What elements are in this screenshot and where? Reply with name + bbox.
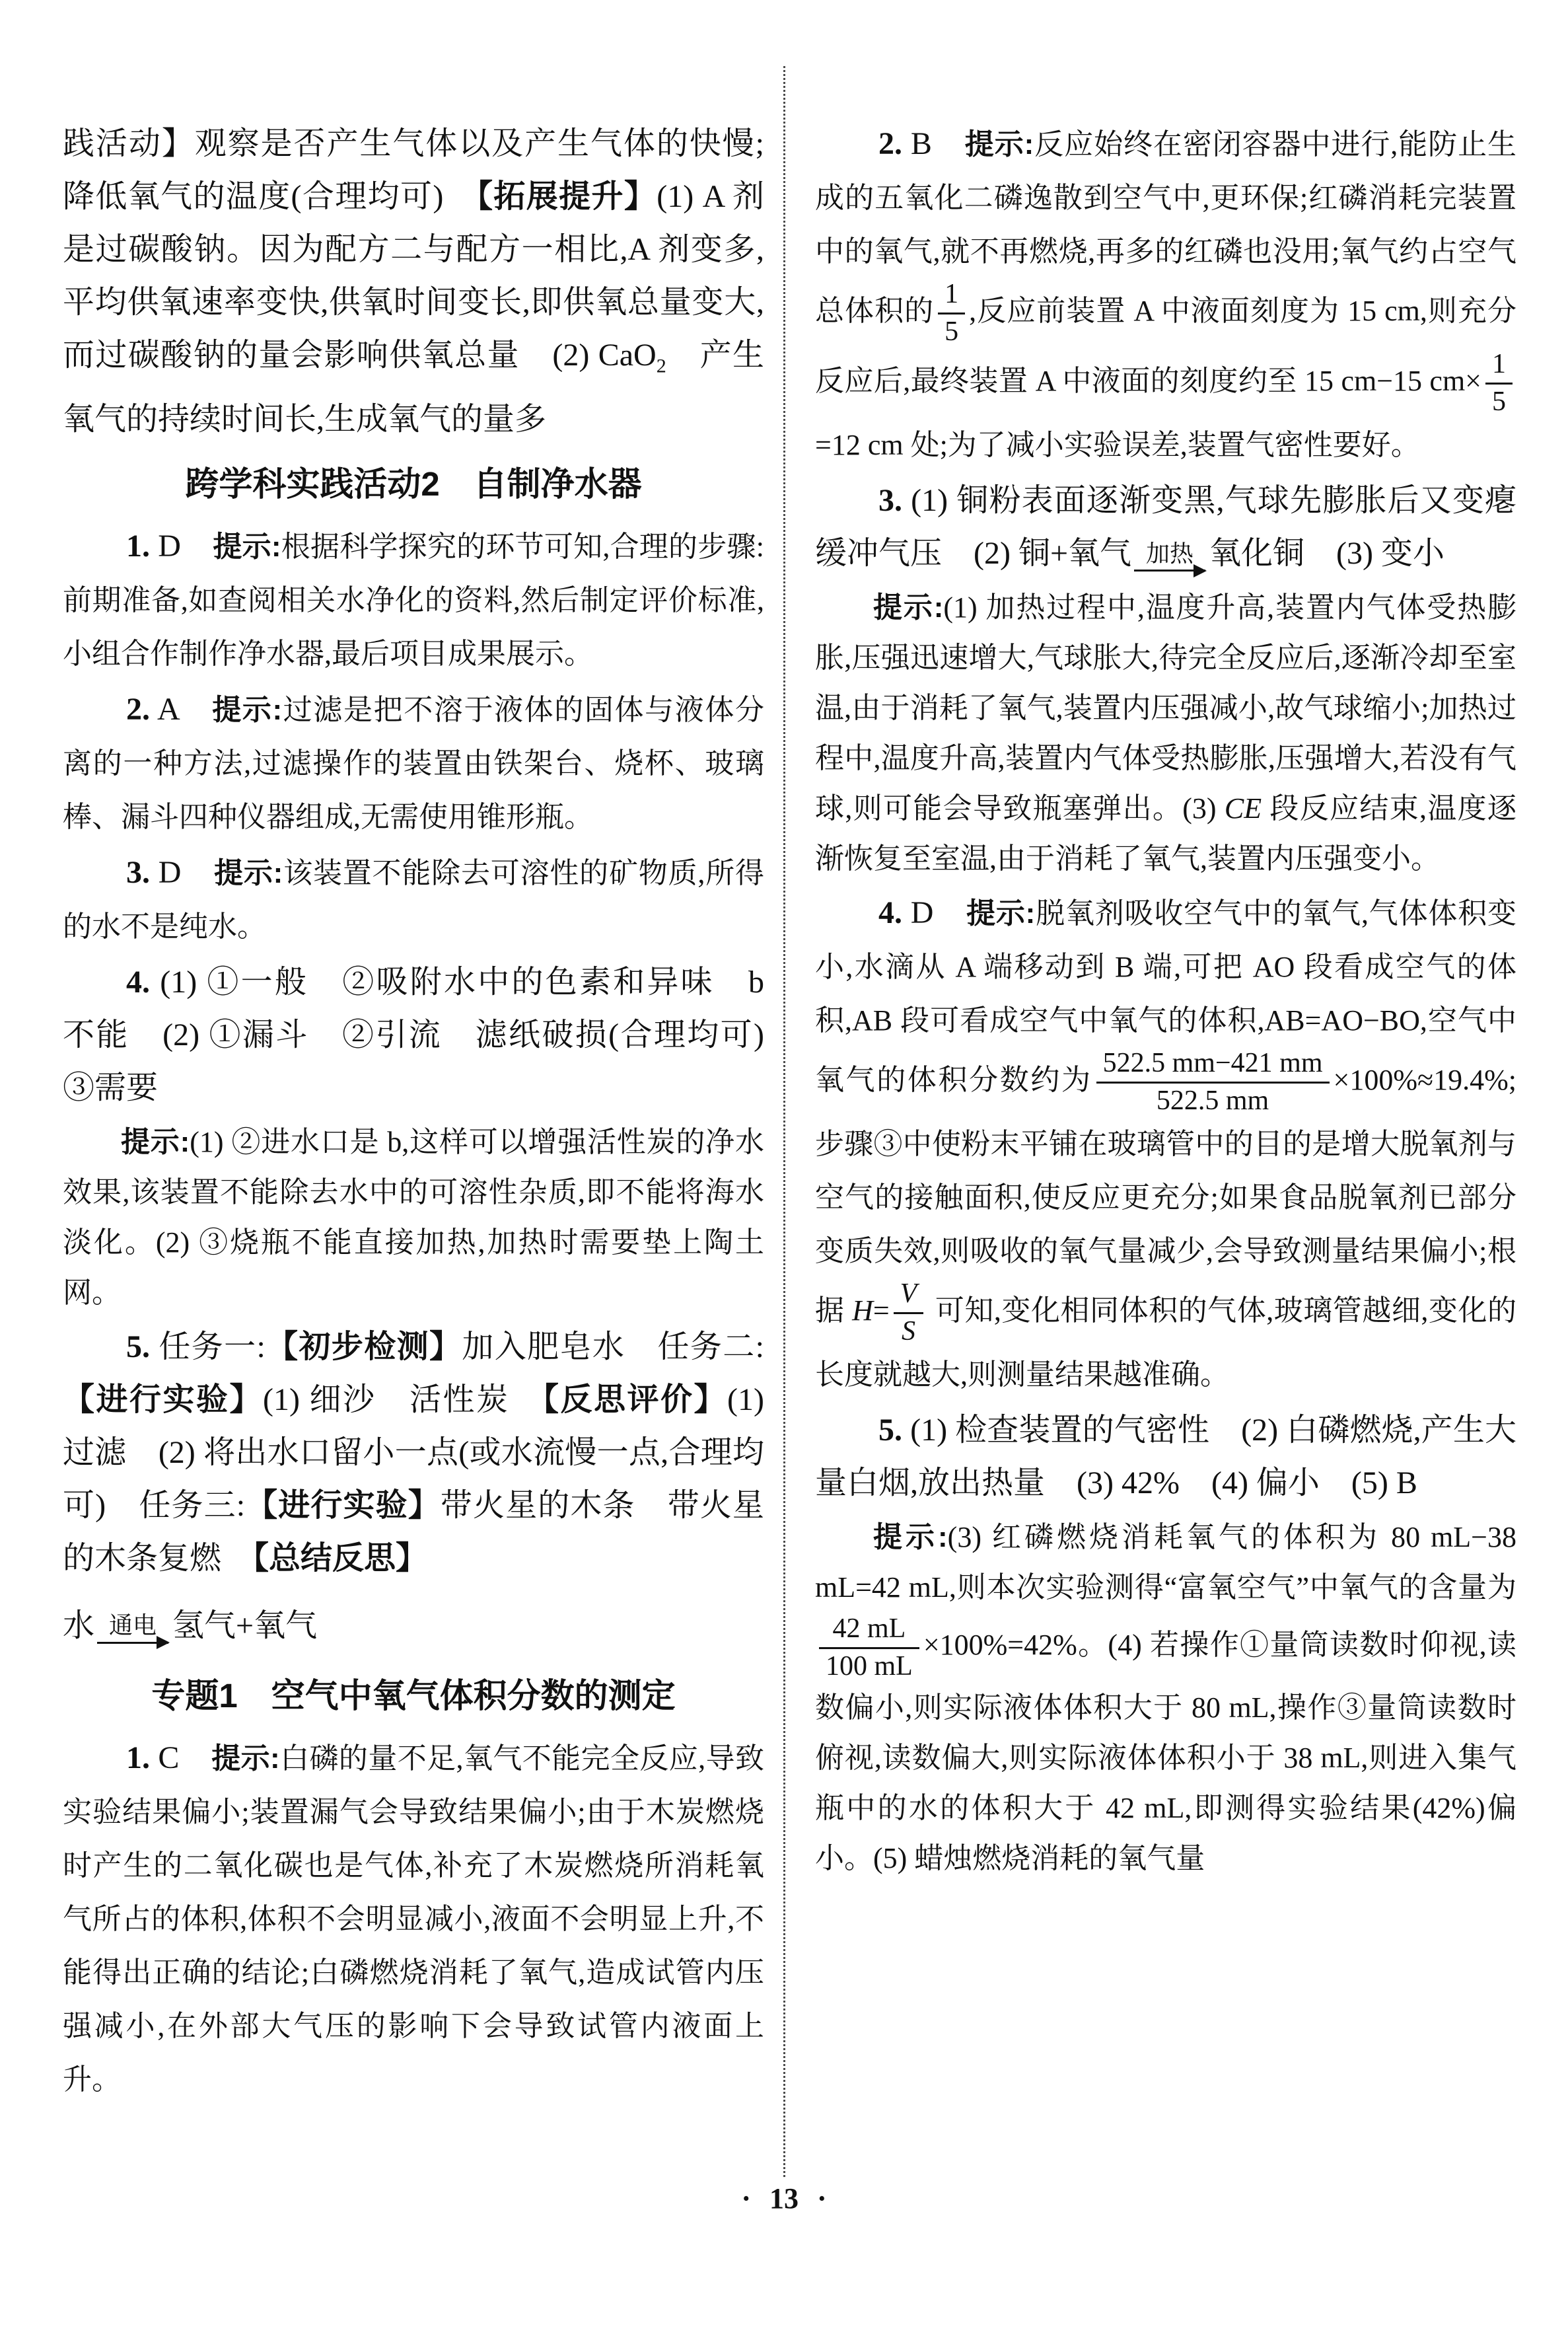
topic1-item-5-hint: 提示:(3) 红磷燃烧消耗氧气的体积为 80 mL−38 mL=42 mL,则本… (815, 1512, 1516, 1884)
fraction-denominator: 5 (1485, 383, 1513, 419)
fraction-numerator: V (894, 1278, 924, 1312)
item-3-answer: 3. D 提示:该装置不能除去可溶性的矿物质,所得的水不是纯水。 (63, 846, 764, 953)
answer-bold: 【反思评价】 (543, 1382, 727, 1417)
right-column: 2. B 提示:反应始终在密闭容器中进行,能防止生成的五氧化二磷逸散到空气中,更… (815, 118, 1516, 2186)
answer-bold: 4. (126, 965, 150, 1000)
reaction-arrow: 通电 (97, 1613, 168, 1644)
hint-label: 提示: (873, 591, 943, 624)
arrow-shaft (97, 1642, 168, 1644)
item-5-answer: 5. 任务一:【初步检测】加入肥皂水 任务二:【进行实验】(1) 细沙 活性炭 … (63, 1321, 764, 1585)
water-electrolysis-equation: 水通电氢气+氧气 (63, 1594, 764, 1658)
fraction-denominator: 100 mL (819, 1647, 919, 1683)
hint-label: 提示: (214, 857, 283, 889)
answer-bold: 1. (126, 1740, 150, 1775)
answer-text: (1) ①一般 ②吸附水中的色素和异味 b 不能 (2) ①漏斗 ②引流 滤纸破… (63, 965, 764, 1105)
hint-italic: CE (1225, 792, 1262, 825)
answer-bold: 2. (126, 692, 150, 727)
hint-text: = (873, 1294, 890, 1327)
fraction-numerator: 522.5 mm−421 mm (1096, 1047, 1330, 1082)
answer-bold: 跨学科实践活动2 自制净水器 (185, 465, 641, 503)
hint-label: 提示: (212, 694, 282, 726)
heading-topic-1-oxygen-volume-fraction: 专题1 空气中氧气体积分数的测定 (63, 1675, 764, 1717)
hint-text: (1) 加热过程中,温度升高,装置内气体受热膨胀,压强迅速增大,气球胀大,待完全… (815, 591, 1516, 825)
answer-text: D (150, 529, 213, 564)
fraction: 522.5 mm−421 mm522.5 mm (1096, 1047, 1330, 1117)
answer-text: (1) 检查装置的气密性 (2) 白磷燃烧,产生大量白烟,放出热量 (3) 42… (815, 1413, 1516, 1500)
answer-text: D (150, 855, 214, 890)
item-2-answer: 2. A 提示:过滤是把不溶于液体的固体与液体分离的一种方法,过滤操作的装置由铁… (63, 683, 764, 844)
fraction-denominator: S (894, 1312, 924, 1348)
page-footer: ·13· (0, 2182, 1568, 2215)
heading-cross-discipline-activity-2: 跨学科实践活动2 自制净水器 (63, 463, 764, 505)
answer-text: D (902, 895, 966, 930)
item-1-answer: 1. D 提示:根据科学探究的环节可知,合理的步骤:前期准备,如查阅相关水净化的… (63, 520, 764, 681)
footer-dot-left: · (741, 2182, 751, 2215)
answer-bold: 3. (878, 483, 902, 518)
answer-text: 氧化铜 (3) 变小 (1209, 536, 1444, 571)
answer-bold: 【初步检测】 (266, 1329, 462, 1364)
arrow-shaft (1134, 570, 1205, 572)
hint-label: 提示: (211, 1742, 279, 1775)
topic1-item-4-answer: 4. D 提示:脱氧剂吸收空气中的氧气,气体体积变小,水滴从 A 端移动到 B … (815, 887, 1516, 1401)
subscript: 2 (657, 355, 666, 377)
hint-label: 提示: (873, 1521, 948, 1553)
reaction-condition-label: 加热 (1134, 541, 1205, 568)
fraction-numerator: 1 (1485, 348, 1513, 383)
hint-label: 提示: (213, 531, 281, 563)
topic1-item-1-answer: 1. C 提示:白磷的量不足,氧气不能完全反应,导致实验结果偏小;装置漏气会导致… (63, 1732, 764, 2106)
topic1-item-2-answer: 2. B 提示:反应始终在密闭容器中进行,能防止生成的五氧化二磷逸散到空气中,更… (815, 118, 1516, 472)
answer-text: A (150, 692, 212, 727)
topic1-item-5-answer: 5. (1) 检查装置的气密性 (2) 白磷燃烧,产生大量白烟,放出热量 (3)… (815, 1404, 1516, 1510)
reaction-arrow: 加热 (1134, 541, 1205, 572)
hint-text: =12 cm 处;为了减小实验误差,装置气密性要好。 (815, 429, 1420, 461)
left-column: 践活动】观察是否产生气体以及产生气体的快慢;降低氧气的温度(合理均可) 【拓展提… (63, 118, 764, 2186)
answer-bold: 3. (126, 855, 150, 890)
answer-text: C (150, 1740, 211, 1775)
column-divider (783, 66, 785, 2177)
fraction: VS (894, 1278, 924, 1348)
answer-text: 任务一: (150, 1329, 266, 1364)
answer-bold: 【进行实验】 (245, 1488, 441, 1523)
item-4-answer: 4. (1) ①一般 ②吸附水中的色素和异味 b 不能 (2) ①漏斗 ②引流 … (63, 956, 764, 1115)
topic1-item-3-answer: 3. (1) 铜粉表面逐渐变黑,气球先膨胀后又变瘪 缓冲气压 (2) 铜+氧气加… (815, 474, 1516, 580)
answer-bold: 4. (878, 895, 902, 930)
answer-text: B (902, 126, 965, 161)
fraction-denominator: 522.5 mm (1096, 1082, 1330, 1118)
hint-italic: H (852, 1294, 873, 1327)
fraction: 42 mL100 mL (819, 1613, 919, 1683)
answer-text: (1) 细沙 活性炭 (263, 1382, 543, 1417)
answer-bold: 5. (878, 1413, 902, 1448)
reaction-condition-label: 通电 (97, 1613, 168, 1639)
topic1-item-3-hint: 提示:(1) 加热过程中,温度升高,装置内气体受热膨胀,压强迅速增大,气球胀大,… (815, 583, 1516, 884)
answer-text: 氢气+氧气 (172, 1608, 317, 1643)
answer-text: 加入肥皂水 任务二: (462, 1329, 764, 1364)
answer-bold: 5. (126, 1329, 150, 1364)
workbook-answer-page: 践活动】观察是否产生气体以及产生气体的快慢;降低氧气的温度(合理均可) 【拓展提… (0, 0, 1568, 2325)
answer-bold: 【拓展提升】 (477, 179, 657, 214)
fraction-numerator: 42 mL (819, 1613, 919, 1647)
hint-label: 提示: (965, 128, 1034, 161)
footer-dot-right: · (817, 2182, 827, 2215)
answer-bold: 【进行实验】 (63, 1382, 263, 1417)
answer-bold: 1. (126, 529, 150, 564)
answer-text: 水 (63, 1608, 94, 1643)
hint-label: 提示: (121, 1126, 190, 1158)
page-number: 13 (769, 2182, 799, 2215)
fraction: 15 (938, 278, 965, 348)
item-4-hint: 提示:(1) ②进水口是 b,这样可以增强活性炭的净水效果,该装置不能除去水中的… (63, 1117, 764, 1318)
answer-bold: 【总结反思】 (253, 1541, 427, 1576)
fraction-denominator: 5 (938, 313, 965, 349)
hint-text: ×100%=42%。(4) 若操作①量筒读数时仰视,读数偏小,则实际液体体积大于… (815, 1629, 1516, 1875)
fraction-numerator: 1 (938, 278, 965, 313)
hint-label: 提示: (966, 897, 1035, 930)
answer-bold: 专题1 空气中氧气体积分数的测定 (151, 1677, 675, 1715)
hint-text: 白磷的量不足,氧气不能完全反应,导致实验结果偏小;装置漏气会导致结果偏小;由于木… (63, 1742, 764, 2096)
para-continued-answer: 践活动】观察是否产生气体以及产生气体的快慢;降低氧气的温度(合理均可) 【拓展提… (63, 118, 764, 446)
fraction: 15 (1485, 348, 1513, 418)
answer-bold: 2. (878, 126, 902, 161)
